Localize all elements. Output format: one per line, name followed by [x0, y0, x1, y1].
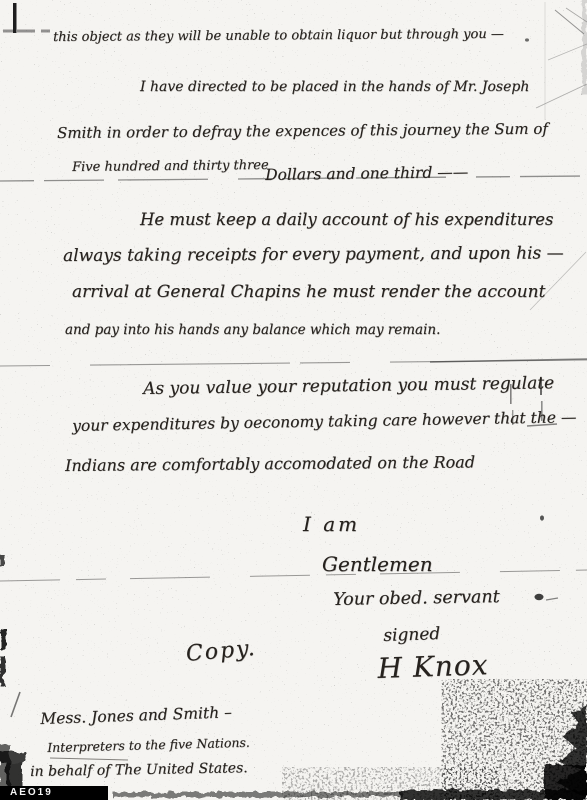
- letter-line: this object as they will be unable to ob…: [53, 27, 504, 45]
- closing-i-am: I am: [303, 512, 360, 536]
- signed-label: signed: [383, 624, 441, 646]
- letter-line: Indians are comfortably accomodated on t…: [65, 452, 475, 475]
- closing-your-obedient: Your obed. servant: [333, 587, 500, 610]
- letter-line: arrival at General Chapins he must rende…: [72, 282, 545, 302]
- letter-line: Five hundred and thirty three: [72, 158, 269, 175]
- letter-line: and pay into his hands any balance which…: [65, 322, 440, 338]
- letter-line: always taking receipts for every payment…: [63, 243, 564, 266]
- archive-id-label: AEO19: [0, 786, 108, 800]
- signature-h-knox: H Knox: [377, 648, 489, 685]
- bottom-speckle: [300, 770, 480, 800]
- letter-line: Dollars and one third ——: [265, 163, 468, 184]
- letter-line: I have directed to be placed in the hand…: [140, 79, 529, 95]
- closing-gentlemen: Gentlemen: [322, 552, 433, 576]
- scanned-letter-page: this object as they will be unable to ob…: [0, 0, 587, 800]
- letter-line: He must keep a daily account of his expe…: [140, 210, 553, 229]
